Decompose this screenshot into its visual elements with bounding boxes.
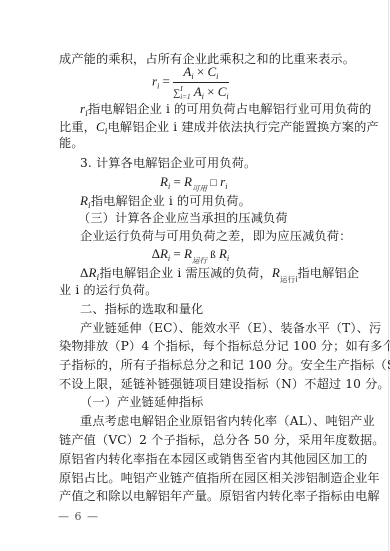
formula-ri: ri = Ai × Ci ∑Ii=1 Ai × Ci <box>152 64 229 101</box>
text-line: 子指标的，所有子指标总分之和记 100 分。安全生产指标（S） <box>59 358 334 373</box>
text-line: Ri指电解铝企业 i 的可用负荷。 <box>80 193 334 213</box>
text-line: ri指电解铝企业 i 的可用负荷占电解铝行业可用负荷的 <box>80 101 334 121</box>
formula-Ri: Ri = R可用 □ ri <box>160 174 227 194</box>
text-line: 产业链延伸（EC）、能效水平（E）、装备水平（T）、污 <box>80 321 334 336</box>
section-heading: （一）产业链延伸指标 <box>80 395 355 410</box>
fraction: Ai × Ci ∑Ii=1 Ai × Ci <box>173 64 229 101</box>
text-line: 链产值（VC）2 个子指标，总分各 50 分，采用年度数据。 <box>59 433 334 448</box>
section-heading: （三）计算各企业应当承担的压减负荷 <box>78 211 353 226</box>
text-line: 业 i 的运行负荷。 <box>59 283 334 298</box>
text-line: 重点考虑电解铝企业原铝省内转化率（AL）、吨铝产业 <box>80 414 334 429</box>
formula-delta-Ri: ∆Ri = R运行 ß Ri <box>152 246 229 266</box>
text-line: 不设上限，延链补链强链项目建设指标（N）不超过 10 分。 <box>59 377 334 392</box>
text-line: 企业运行负荷与可用负荷之差，即为应压减负荷： <box>80 229 334 244</box>
section-heading: 二、指标的选取和量化 <box>80 302 334 317</box>
text-line: 染物排放（P）4 个指标，每个指标总分记 100 分；如有多个 <box>59 339 334 354</box>
text-line: 能。 <box>59 136 334 151</box>
page-number: — 6 — <box>58 510 99 523</box>
section-heading: 3. 计算各电解铝企业可用负荷。 <box>80 156 334 171</box>
text-line: 原铝占比。吨铝产业链产值指所在园区相关涉铝制造企业年 <box>59 471 334 486</box>
text-line: 原铝省内转化率指在本园区或销售至省内其他园区加工的 <box>59 452 334 467</box>
text-line: 产值之和除以电解铝年产量。原铝省内转化率子指标由电解 <box>59 489 334 504</box>
